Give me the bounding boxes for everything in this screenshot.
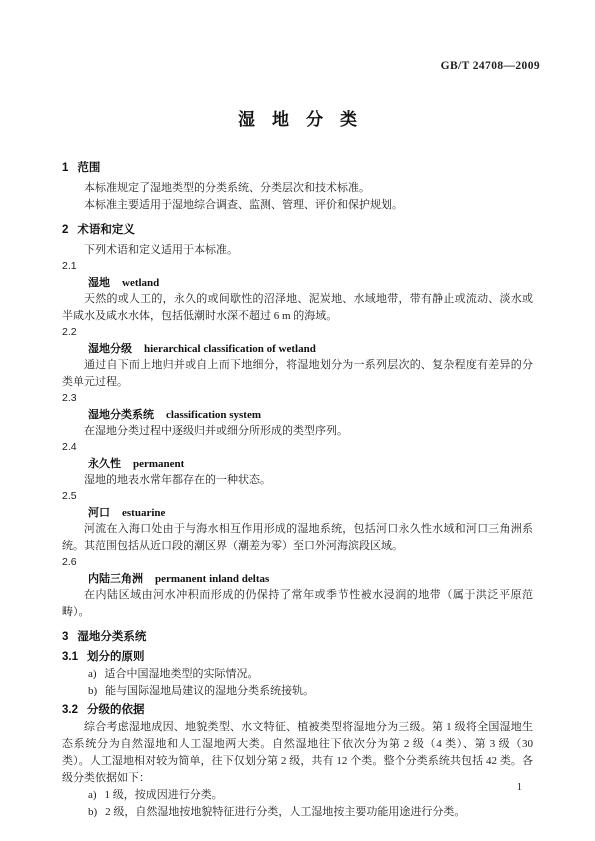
document-page: GB/T 24708—2009 湿 地 分 类 1范围 本标准规定了湿地类型的分…: [0, 0, 595, 841]
paragraph: 本标准规定了湿地类型的分类系统、分类层次和技术标准。: [62, 180, 533, 197]
term-zh: 内陆三角洲: [88, 573, 143, 585]
term-en: classification system: [166, 409, 261, 421]
section-title: 分级的依据: [87, 704, 145, 716]
term-line: 永久性permanent: [62, 455, 533, 472]
definition-paragraph: 天然的或人工的，永久的或间歇性的沼泽地、泥炭地、水域地带，带有静止或流动、淡水或…: [62, 291, 533, 325]
term-zh: 湿地: [88, 277, 110, 289]
list-item: a)适合中国湿地类型的实际情况。: [62, 666, 533, 683]
section-number: 3: [62, 631, 68, 643]
definition-paragraph: 通过自下而上地归并或自上而下地细分，将湿地划分为一系列层次的、复杂程度有差异的分…: [62, 357, 533, 391]
page-number: 1: [517, 782, 522, 793]
subsection-3-1-heading: 3.1划分的原则: [62, 649, 533, 666]
term-zh: 河口: [88, 507, 110, 519]
section-2-heading: 2术语和定义: [62, 222, 533, 239]
section-title: 范围: [77, 162, 100, 174]
clause-number: 2.3: [62, 391, 533, 406]
term-line: 湿地分类系统classification system: [62, 406, 533, 423]
term-en: permanent inland deltas: [155, 573, 269, 585]
section-title: 术语和定义: [77, 224, 135, 236]
list-text: 2 级，自然湿地按地貌特征进行分类，人工湿地按主要功能用途进行分类。: [105, 806, 465, 818]
list-marker: b): [88, 685, 97, 697]
definition-paragraph: 在湿地分类过程中逐级归并或细分所形成的类型序列。: [62, 423, 533, 440]
list-item: b)2 级，自然湿地按地貌特征进行分类，人工湿地按主要功能用途进行分类。: [62, 804, 533, 821]
paragraph: 本标准主要适用于湿地综合调查、监测、管理、评价和保护规划。: [62, 197, 533, 214]
section-3-heading: 3湿地分类系统: [62, 629, 533, 646]
paragraph: 综合考虑湿地成因、地貌类型、水文特征、植被类型将湿地分为三级。第 1 级将全国湿…: [62, 719, 533, 787]
section-number: 3.1: [62, 651, 78, 663]
term-en: permanent: [133, 458, 184, 470]
page-content: 湿 地 分 类 1范围 本标准规定了湿地类型的分类系统、分类层次和技术标准。 本…: [62, 104, 533, 821]
term-line: 内陆三角洲permanent inland deltas: [62, 570, 533, 587]
term-zh: 湿地分级: [88, 343, 132, 355]
term-zh: 永久性: [88, 458, 121, 470]
section-number: 3.2: [62, 704, 78, 716]
definition-paragraph: 湿地的地表水常年都存在的一种状态。: [62, 472, 533, 489]
clause-number: 2.1: [62, 259, 533, 274]
clause-number: 2.6: [62, 555, 533, 570]
definition-paragraph: 河流在入海口处由于与海水相互作用形成的湿地系统，包括河口永久性水域和河口三角洲系…: [62, 521, 533, 555]
term-line: 河口estuarine: [62, 504, 533, 521]
list-item: b)能与国际湿地局建议的湿地分类系统接轨。: [62, 683, 533, 700]
section-title: 湿地分类系统: [77, 631, 146, 643]
list-marker: a): [88, 789, 97, 801]
clause-number: 2.2: [62, 325, 533, 340]
standard-code: GB/T 24708—2009: [441, 60, 540, 72]
term-line: 湿地wetland: [62, 274, 533, 291]
term-en: hierarchical classification of wetland: [144, 343, 316, 355]
section-number: 1: [62, 162, 68, 174]
clause-number: 2.4: [62, 440, 533, 455]
subsection-3-2-heading: 3.2分级的依据: [62, 702, 533, 719]
section-title: 划分的原则: [87, 651, 145, 663]
clause-number: 2.5: [62, 489, 533, 504]
term-line: 湿地分级hierarchical classification of wetla…: [62, 340, 533, 357]
definition-paragraph: 在内陆区域由河水冲积而形成的仍保持了常年或季节性被水浸润的地带（属于洪泛平原范畴…: [62, 587, 533, 621]
term-en: estuarine: [122, 507, 165, 519]
list-marker: b): [88, 806, 97, 818]
section-number: 2: [62, 224, 68, 236]
term-en: wetland: [122, 277, 159, 289]
section-1-heading: 1范围: [62, 160, 533, 177]
paragraph: 下列术语和定义适用于本标准。: [62, 242, 533, 259]
list-text: 能与国际湿地局建议的湿地分类系统接轨。: [105, 685, 314, 697]
list-text: 1 级，按成因进行分类。: [105, 789, 223, 801]
list-marker: a): [88, 668, 97, 680]
list-text: 适合中国湿地类型的实际情况。: [105, 668, 259, 680]
term-zh: 湿地分类系统: [88, 409, 154, 421]
document-title: 湿 地 分 类: [62, 108, 533, 132]
list-item: a)1 级，按成因进行分类。: [62, 787, 533, 804]
